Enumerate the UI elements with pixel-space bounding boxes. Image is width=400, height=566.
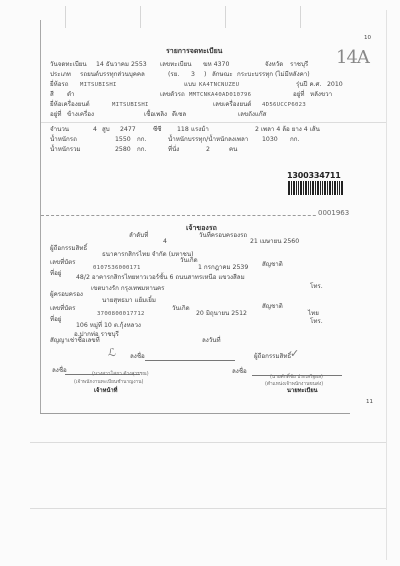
right-border [386,10,387,560]
type-code-value: 3 [191,71,195,79]
cylinders-unit: สูบ [102,126,110,134]
scan-artifact [65,6,66,28]
reg-date-value: 14 ธันวาคม 2553 [96,61,147,69]
cc-value: 2477 [120,126,136,134]
type-code-suffix: ) [204,71,206,79]
color-label: สี [50,91,54,99]
type-label: ประเภท [50,71,71,79]
possessor-name: นายสุทธมา แย้มเยิ้ม [102,297,156,305]
sign-label-right: ลงชื่อ [232,368,247,376]
engine-number-value: 4D56UCCP6023 [262,101,306,109]
plate-value: ฆห 4370 [203,61,229,69]
color-value: ดำ [67,91,75,99]
province-value: ราชบุรี [290,61,308,69]
owner-address-line1: 48/2 อาคารกสิกรไทยทาวเวอร์ชั้น 6 ถนนสาทร… [76,274,245,282]
plate-label: เลขทะเบียน [160,61,191,69]
possessor-id-label: เลขที่บัตร [50,305,75,313]
owner-section-title: เจ้าของรถ [186,224,217,232]
possessor-label: ผู้ครอบครอง [50,291,83,299]
cylinders-value: 4 [93,126,97,134]
owner-id-label: เลขที่บัตร [50,259,75,267]
owner-address-line2: เขตบางรัก กรุงเทพมหานคร [91,285,165,293]
brand-value: MITSUBISHI [80,81,117,89]
fuel-label: เชื้อเพลิง [144,111,167,119]
page-number-top: 10 [364,34,371,42]
possessor-nationality-label: สัญชาติ [262,303,283,311]
registrar-title: นายทะเบียน [287,387,318,395]
barcode-number: 1300334711 [287,172,341,180]
payload-unit: กก. [290,136,299,144]
seats-unit: คน [229,146,237,154]
brand-label: ยี่ห้อรถ [50,81,69,89]
seats-value: 2 [206,146,210,154]
sign-label-center: ลงชื่อ [130,353,145,361]
scan-artifact [140,6,141,28]
possessor-birth-value: 20 มิถุนายน 2512 [196,310,247,318]
owner-id-value: 0107536000171 [93,264,141,272]
engine-brand-label: ยี่ห้อเครื่องยนต์ [50,101,90,109]
style-label: ลักษณะ [212,71,233,79]
officer-stamp-line2: (เจ้าพนักงานทะเบียนชำนาญงาน) [74,379,143,387]
sequence-label: ลำดับที่ [129,232,148,240]
fuel-value: ดีเซล [172,111,186,119]
engine-location-label: อยู่ที่ [50,111,61,119]
handwritten-note: 14A [336,47,369,68]
signature-scribble: ℒ [108,349,116,357]
gross-weight-value: 2580 [115,146,131,154]
perforation-line [41,215,341,216]
type-code-prefix: (รย. [168,71,179,79]
serial-number: 0001963 [316,209,351,217]
registration-title: รายการจดทะเบียน [166,47,222,55]
possessor-address-label: ที่อยู่ [50,316,61,324]
axles-text: 2 เพลา 4 ล้อ ยาง 4 เส้น [255,126,320,134]
contract-date-label: ลงวันที่ [202,337,221,345]
engine-location-value: ข้างเครื่อง [67,111,94,119]
owner-phone-label: โทร. [310,283,323,291]
scan-artifact [300,6,301,28]
seats-label: ที่นั่ง [168,146,179,154]
cylinders-label: จำนวน [50,126,69,134]
possession-date-value: 21 เมษายน 2560 [250,238,299,246]
reg-date-label: วันจดทะเบียน [50,61,87,69]
possessor-birth-label: วันเกิด [172,305,190,313]
section-divider [41,122,386,123]
gross-weight-label: น้ำหนักรวม [50,146,81,154]
payload-label: น้ำหนักบรรทุก/น้ำหนักลงเพลา [168,136,248,144]
hp-value: 118 [177,126,189,134]
contract-label: สัญญาเช่าซื้อเลขที่ [50,337,100,345]
holder-sign-title: ผู้ถือกรรมสิทธิ์ [254,353,291,361]
possessor-address-line1: 106 หมู่ที่ 10 ต.กุ้งหลวง [76,322,141,330]
fuel-tank-label: เลขถังแก๊ส [238,111,266,119]
engine-number-label: เลขเครื่องยนต์ [213,101,251,109]
curb-weight-value: 1550 [115,136,131,144]
chassis-location-label: อยู่ที่ [293,91,304,99]
owner-address-label: ที่อยู่ [50,270,61,278]
gross-weight-unit: กก. [137,146,146,154]
officer-title: เจ้าหน้าที่ [94,387,118,395]
possession-date-label: วันที่ครอบครองรถ [199,232,247,240]
left-border [40,20,41,413]
faint-rule [30,508,386,509]
possessor-phone-label: โทร. [310,318,323,326]
signature-scribble-right: ✓ [290,350,299,358]
type-value: รถยนต์บรรทุกส่วนบุคคล [80,71,145,79]
signature-line-center [145,360,235,361]
model-year-label: รุ่นปี ค.ศ. [296,81,321,89]
curb-weight-label: น้ำหนักรถ [50,136,77,144]
province-label: จังหวัด [265,61,283,69]
style-value: กระบะบรรทุก (ไม่มีหลังคา) [237,71,310,79]
chassis-label: เลขตัวรถ [160,91,185,99]
scanned-document-page: 10 14A รายการจดทะเบียน วันจดทะเบียน 14 ธ… [0,0,400,566]
model-label: แบบ [184,81,196,89]
sequence-value: 4 [163,238,167,246]
owner-nationality-label: สัญชาติ [262,261,283,269]
hp-label: แรงม้า [191,126,209,134]
owner-label: ผู้ถือกรรมสิทธิ์ [50,245,87,253]
possessor-id-value: 3700800017712 [97,310,145,318]
owner-birth-value: 1 กรกฎาคม 2539 [198,264,248,272]
engine-brand-value: MITSUBISHI [112,101,149,109]
scan-artifact [225,6,226,28]
cc-label: ซีซี [153,126,161,134]
owner-birth-label: วันเกิด [180,257,198,265]
barcode-icon [288,181,344,195]
chassis-value: MMTCNKA40AD010796 [189,91,251,99]
model-year-value: 2010 [327,81,343,89]
payload-value: 1030 [262,136,278,144]
possessor-nationality-value: ไทย [308,310,319,318]
chassis-location-value: หลังขวา [310,91,332,99]
officer-stamp-line1: (นางสาวโสภา ด้วงสุวรรณ) [92,371,149,379]
faint-rule [30,442,386,443]
model-value: KA4TNCNUZEU [199,81,239,89]
page-number-bottom: 11 [366,398,373,406]
form-bottom-border [40,413,350,414]
curb-weight-unit: กก. [137,136,146,144]
